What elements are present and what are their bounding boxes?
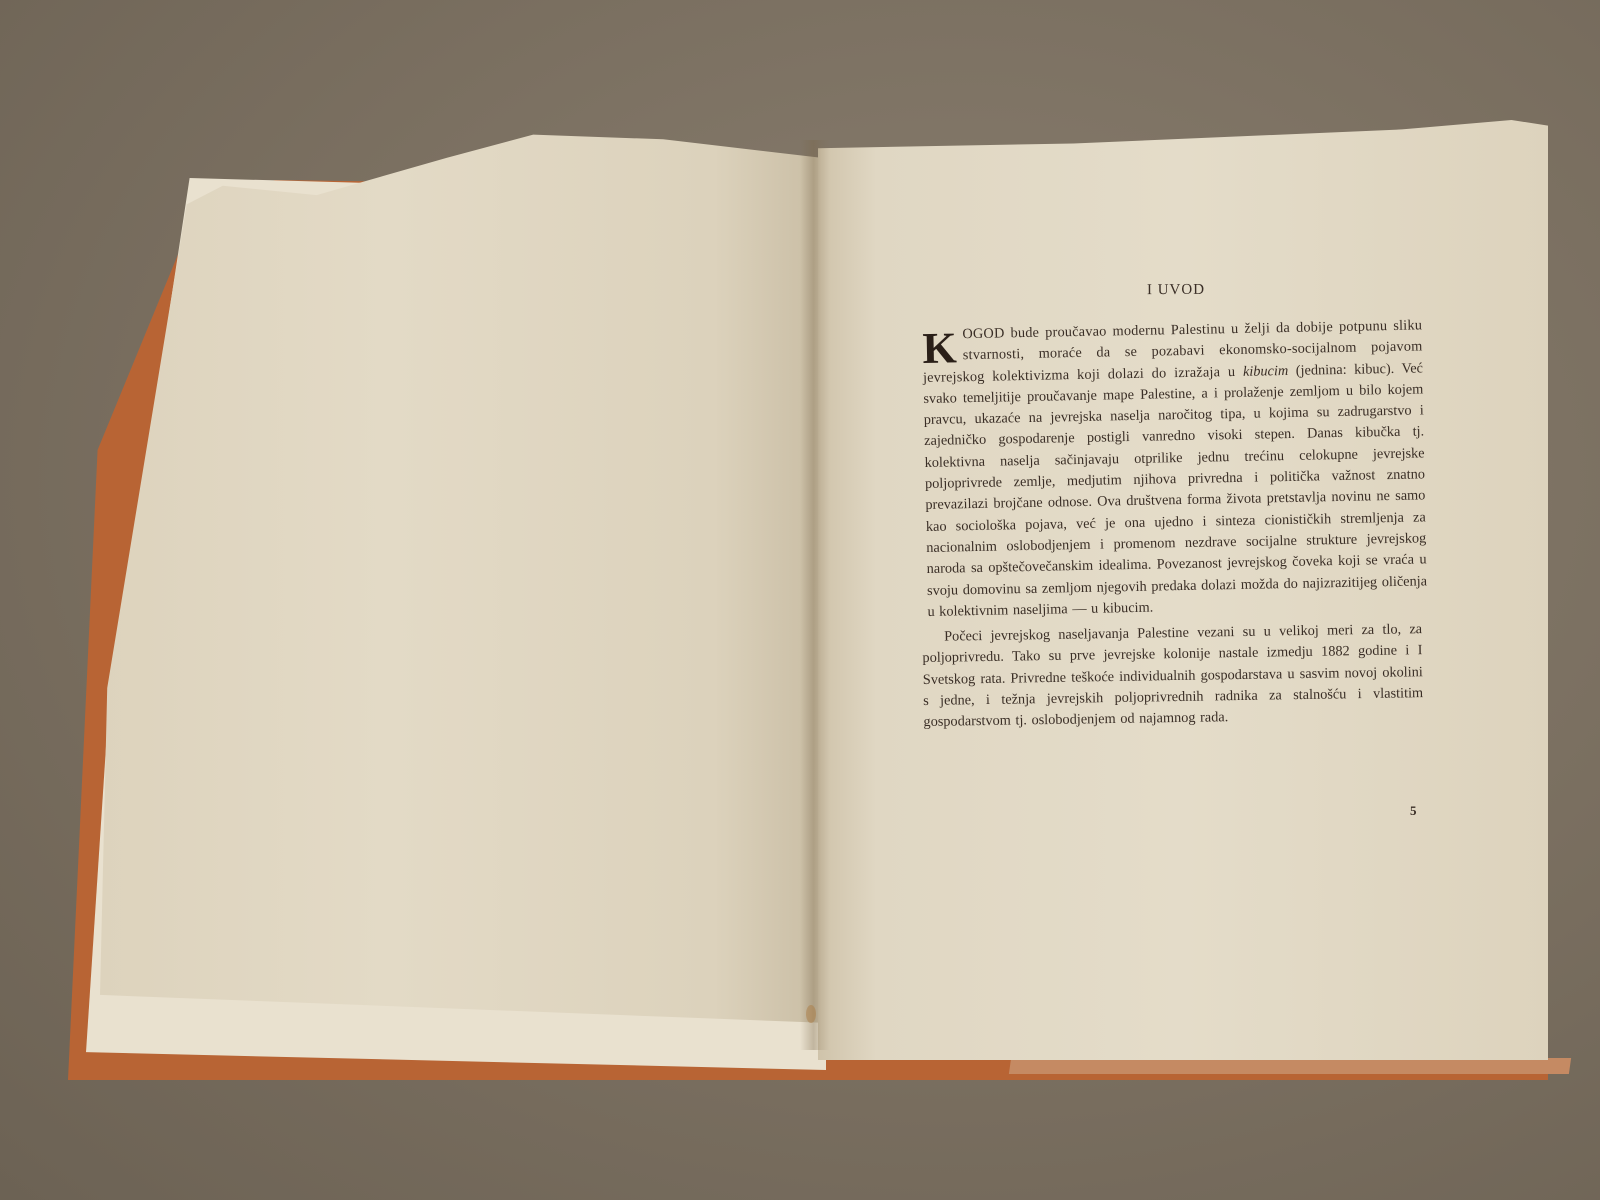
right-page-text: I UVOD KOGOD bude proučavao modernu Pale… (922, 282, 1422, 734)
left-page-blank (100, 130, 822, 1060)
page-number: 5 (1410, 803, 1417, 819)
drop-cap: K (922, 330, 957, 367)
paragraph-1: KOGOD bude proučavao modernu Palestinu u… (922, 315, 1428, 623)
cover-edge (1009, 1058, 1571, 1074)
italic-term: kibucim (1243, 363, 1289, 380)
paragraph-1-text-b: (jednina: kibuc). Već svako temeljitije … (923, 360, 1427, 620)
paper-stain (806, 1005, 816, 1023)
book-photo: I UVOD KOGOD bude proučavao modernu Pale… (0, 0, 1600, 1200)
chapter-title: I UVOD (922, 280, 1422, 300)
paragraph-2: Počeci jevrejskog naseljavanja Palestine… (922, 619, 1424, 733)
book-gutter (800, 140, 830, 1050)
